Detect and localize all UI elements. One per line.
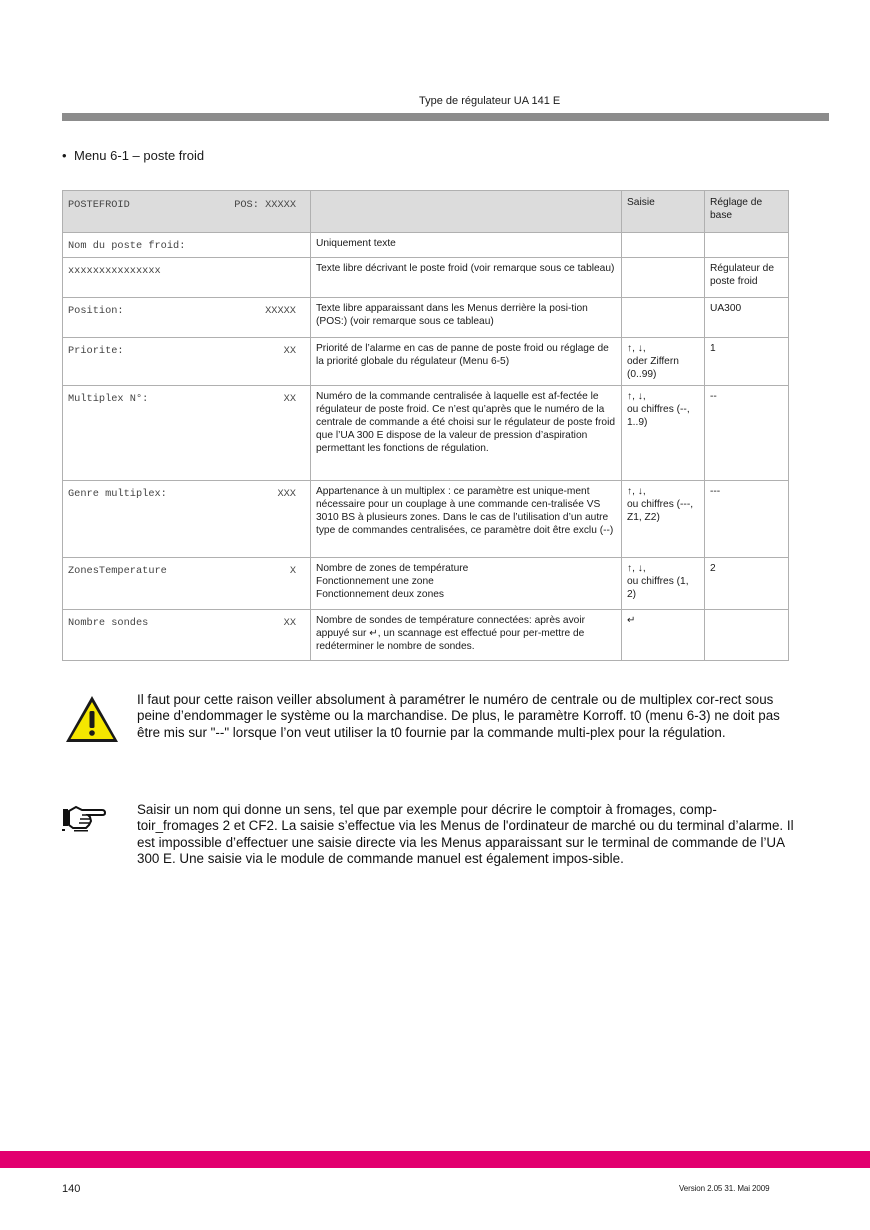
saisie-text: ou chiffres (1, 2) xyxy=(627,576,699,602)
reglage-cell xyxy=(705,233,789,258)
page-number: 140 xyxy=(62,1183,80,1195)
description-text: Nombre de sondes de température connecté… xyxy=(316,615,616,653)
display-value: X xyxy=(290,565,296,578)
display-value: XXXXX xyxy=(265,305,296,318)
saisie-text: ↑, ↓, xyxy=(627,563,699,576)
description-cell: Texte libre décrivant le poste froid (vo… xyxy=(311,258,622,298)
header-reglage: Réglage de base xyxy=(705,191,789,233)
description-text: Nombre de zones de température xyxy=(316,563,616,576)
warning-note-text: Il faut pour cette raison veiller absolu… xyxy=(137,692,797,741)
description-cell: Nombre de sondes de température connecté… xyxy=(311,610,622,661)
table-header-row: POSTEFROID POS: XXXXX Saisie Réglage de … xyxy=(63,191,789,233)
description-text: Fonctionnement deux zones xyxy=(316,589,616,602)
display-value: XXX xyxy=(277,488,296,501)
display-cell: Nom du poste froid: xyxy=(63,233,311,258)
reglage-cell xyxy=(705,610,789,661)
saisie-cell: ↑, ↓,oder Ziffern (0..99) xyxy=(622,338,705,386)
reglage-cell: UA300 xyxy=(705,298,789,338)
display-label: ZonesTemperature xyxy=(68,565,167,578)
display-cell: Genre multiplex:XXX xyxy=(63,481,311,558)
version-date: Version 2.05 31. Mai 2009 xyxy=(679,1184,769,1193)
description-text: Numéro de la commande centralisée à laqu… xyxy=(316,391,616,455)
header-saisie: Saisie xyxy=(622,191,705,233)
display-label: Genre multiplex: xyxy=(68,488,167,501)
display-cell: Position:XXXXX xyxy=(63,298,311,338)
header-description-cell xyxy=(311,191,622,233)
description-cell: Appartenance à un multiplex : ce paramèt… xyxy=(311,481,622,558)
saisie-text: ↵ xyxy=(627,615,699,628)
description-text: Fonctionnement une zone xyxy=(316,576,616,589)
display-cell: xxxxxxxxxxxxxxx xyxy=(63,258,311,298)
header-display-value: POS: XXXXX xyxy=(234,199,296,212)
section-title: •Menu 6-1 – poste froid xyxy=(62,148,204,163)
saisie-text: ↑, ↓, xyxy=(627,343,699,356)
description-text: Appartenance à un multiplex : ce paramèt… xyxy=(316,486,616,537)
saisie-cell: ↑, ↓,ou chiffres (--, 1..9) xyxy=(622,386,705,481)
display-cell: Priorite:XX xyxy=(63,338,311,386)
table-row: Genre multiplex:XXXAppartenance à un mul… xyxy=(63,481,789,558)
description-text: Texte libre décrivant le poste froid (vo… xyxy=(316,263,616,276)
description-cell: Uniquement texte xyxy=(311,233,622,258)
reglage-cell: --- xyxy=(705,481,789,558)
saisie-text: ↑, ↓, xyxy=(627,391,699,404)
table-row: ZonesTemperatureXNombre de zones de temp… xyxy=(63,558,789,610)
running-header-title: Type de régulateur UA 141 E xyxy=(419,95,560,107)
saisie-cell xyxy=(622,258,705,298)
description-cell: Priorité de l’alarme en cas de panne de … xyxy=(311,338,622,386)
display-value: XX xyxy=(284,617,296,630)
description-text: Texte libre apparaissant dans les Menus … xyxy=(316,303,616,329)
saisie-cell: ↑, ↓,ou chiffres (1, 2) xyxy=(622,558,705,610)
display-cell: ZonesTemperatureX xyxy=(63,558,311,610)
saisie-text: ou chiffres (--, 1..9) xyxy=(627,404,699,430)
reglage-cell: Régulateur de poste froid xyxy=(705,258,789,298)
saisie-cell xyxy=(622,233,705,258)
header-display-label: POSTEFROID xyxy=(68,199,130,212)
pointing-hand-icon xyxy=(62,803,106,833)
header-display-cell: POSTEFROID POS: XXXXX xyxy=(63,191,311,233)
display-cell: Nombre sondesXX xyxy=(63,610,311,661)
description-text: Priorité de l’alarme en cas de panne de … xyxy=(316,343,616,369)
description-cell: Numéro de la commande centralisée à laqu… xyxy=(311,386,622,481)
table-row: Nombre sondesXXNombre de sondes de tempé… xyxy=(63,610,789,661)
display-label: Position: xyxy=(68,305,124,318)
bullet: • xyxy=(62,148,74,163)
saisie-text: oder Ziffern (0..99) xyxy=(627,356,699,382)
table-row: Position:XXXXXTexte libre apparaissant d… xyxy=(63,298,789,338)
display-label: xxxxxxxxxxxxxxx xyxy=(68,265,161,278)
table-row: Multiplex N°:XXNuméro de la commande cen… xyxy=(63,386,789,481)
display-label: Priorite: xyxy=(68,345,124,358)
saisie-cell: ↑, ↓,ou chiffres (---, Z1, Z2) xyxy=(622,481,705,558)
table-row: xxxxxxxxxxxxxxxTexte libre décrivant le … xyxy=(63,258,789,298)
reglage-cell: -- xyxy=(705,386,789,481)
header-rule xyxy=(62,113,829,121)
section-title-text: Menu 6-1 – poste froid xyxy=(74,148,204,163)
description-text: Uniquement texte xyxy=(316,238,616,251)
saisie-cell: ↵ xyxy=(622,610,705,661)
display-label: Nombre sondes xyxy=(68,617,148,630)
saisie-text: ou chiffres (---, Z1, Z2) xyxy=(627,499,699,525)
saisie-cell xyxy=(622,298,705,338)
display-value: XX xyxy=(284,393,296,406)
display-value: XX xyxy=(284,345,296,358)
description-cell: Texte libre apparaissant dans les Menus … xyxy=(311,298,622,338)
table-row: Priorite:XXPriorité de l’alarme en cas d… xyxy=(63,338,789,386)
saisie-text: ↑, ↓, xyxy=(627,486,699,499)
reglage-cell: 2 xyxy=(705,558,789,610)
menu-parameter-table: POSTEFROID POS: XXXXX Saisie Réglage de … xyxy=(62,190,789,661)
hint-note-text: Saisir un nom qui donne un sens, tel que… xyxy=(137,802,797,868)
description-cell: Nombre de zones de températureFonctionne… xyxy=(311,558,622,610)
display-label: Nom du poste froid: xyxy=(68,240,185,253)
display-label: Multiplex N°: xyxy=(68,393,148,406)
warning-triangle-icon xyxy=(64,694,120,744)
reglage-cell: 1 xyxy=(705,338,789,386)
display-cell: Multiplex N°:XX xyxy=(63,386,311,481)
footer-bar xyxy=(0,1151,870,1168)
table-row: Nom du poste froid:Uniquement texte xyxy=(63,233,789,258)
